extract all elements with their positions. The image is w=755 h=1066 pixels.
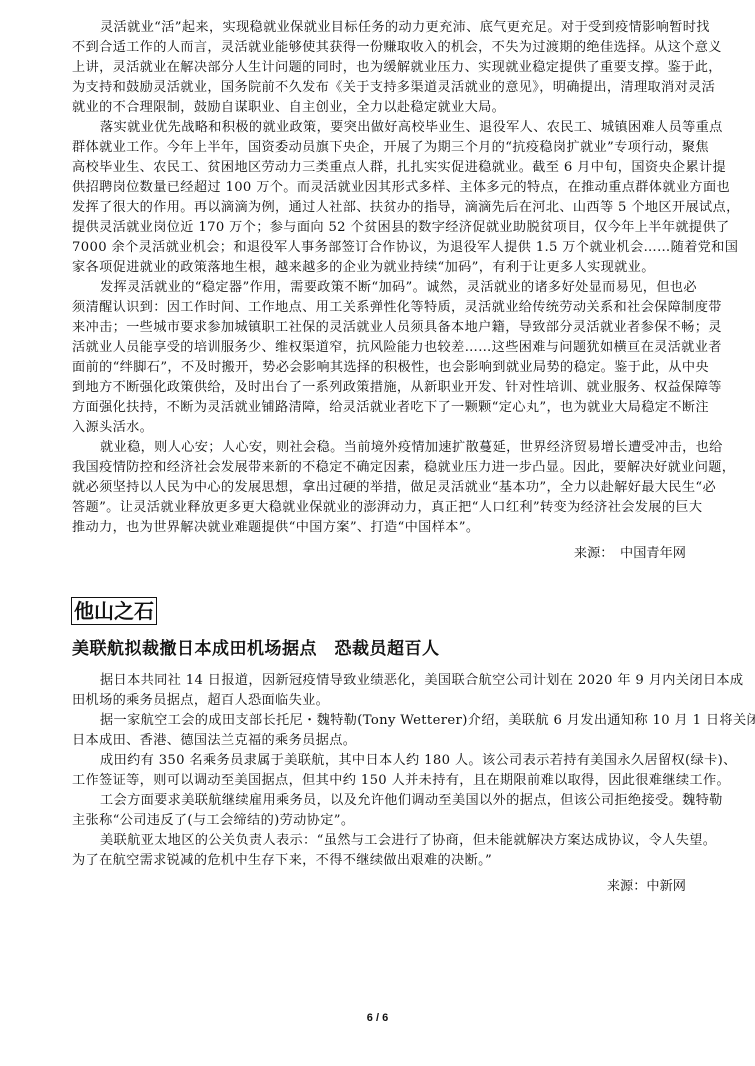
text-line: 落实就业优先战略和积极的就业政策，要突出做好高校毕业生、退役军人、农民工、城镇困… bbox=[72, 118, 690, 138]
text-line: 高校毕业生、农民工、贫困地区劳动力三类重点人群，扎扎实实促进稳就业。截至 6 月… bbox=[72, 158, 690, 178]
section-heading: 他山之石 bbox=[71, 597, 157, 625]
text-line: 答题”。让灵活就业释放更多更大稳就业保就业的澎湃动力，真正把“人口红利”转变为经… bbox=[72, 498, 690, 518]
text-line: 发挥灵活就业的“稳定器”作用，需要政策不断“加码”。诚然，灵活就业的诸多好处显而… bbox=[72, 278, 690, 298]
text-line: 须清醒认识到：因工作时间、工作地点、用工关系弹性化等特质，灵活就业给传统劳动关系… bbox=[72, 298, 690, 318]
article-2-paragraph-3: 成田约有 350 名乘务员隶属于美联航，其中日本人约 180 人。该公司表示若持… bbox=[72, 751, 690, 791]
article-1-paragraph-4: 就业稳，则人心安；人心安，则社会稳。当前境外疫情加速扩散蔓延，世界经济贸易增长遭… bbox=[72, 438, 690, 538]
text-line: 面前的“绊脚石”，不及时搬开，势必会影响其选择的积极性，也会影响到就业局势的稳定… bbox=[72, 358, 690, 378]
text-line: 方面强化扶持，不断为灵活就业铺路清障，给灵活就业者吃下了一颗颗“定心丸”，也为就… bbox=[72, 398, 690, 418]
article-2-paragraph-5: 美联航亚太地区的公关负责人表示：“虽然与工会进行了协商，但未能就解决方案达成协议… bbox=[72, 831, 690, 871]
article-2-title: 美联航拟裁撤日本成田机场据点 恐裁员超百人 bbox=[72, 637, 440, 661]
text-line: 到地方不断强化政策供给，及时出台了一系列政策措施，从新职业开发、针对性培训、就业… bbox=[72, 378, 690, 398]
article-2-paragraph-2: 据一家航空工会的成田支部长托尼・魏特勒(Tony Wetterer)介绍，美联航… bbox=[72, 711, 690, 751]
text-line: 上讲，灵活就业在解决部分人生计问题的同时，也为缓解就业压力、实现就业稳定提供了重… bbox=[72, 58, 690, 78]
text-line: 主张称“公司违反了(与工会缔结的)劳动协定”。 bbox=[72, 811, 690, 831]
text-line: 工会方面要求美联航继续雇用乘务员，以及允许他们调动至美国以外的据点，但该公司拒绝… bbox=[72, 791, 690, 811]
text-line: 据一家航空工会的成田支部长托尼・魏特勒(Tony Wetterer)介绍，美联航… bbox=[72, 711, 690, 731]
article-2-source: 来源：中新网 bbox=[72, 877, 690, 897]
article-1-paragraph-2: 落实就业优先战略和积极的就业政策，要突出做好高校毕业生、退役军人、农民工、城镇困… bbox=[72, 118, 690, 278]
text-line: 就业稳，则人心安；人心安，则社会稳。当前境外疫情加速扩散蔓延，世界经济贸易增长遭… bbox=[72, 438, 690, 458]
text-line: 来冲击；一些城市要求参加城镇职工社保的灵活就业人员须具备本地户籍，导致部分灵活就… bbox=[72, 318, 690, 338]
text-line: 供招聘岗位数量已经超过 100 万个。而灵活就业因其形式多样、主体多元的特点，在… bbox=[72, 178, 690, 198]
article-1-paragraph-1: 灵活就业“活”起来，实现稳就业保就业目标任务的动力更充沛、底气更充足。对于受到疫… bbox=[72, 18, 690, 118]
text-line: 提供灵活就业岗位近 170 万个；参与面向 52 个贫困县的数字经济促就业助脱贫… bbox=[72, 218, 690, 238]
text-line: 7000 余个灵活就业机会；和退役军人事务部签订合作协议，为退役军人提供 1.5… bbox=[72, 238, 690, 258]
article-2-paragraph-1: 据日本共同社 14 日报道，因新冠疫情导致业绩恶化，美国联合航空公司计划在 20… bbox=[72, 671, 690, 711]
text-line: 活就业人员能享受的培训服务少、维权渠道窄，抗风险能力也较差……这些困难与问题犹如… bbox=[72, 338, 690, 358]
article-1: 灵活就业“活”起来，实现稳就业保就业目标任务的动力更充沛、底气更充足。对于受到疫… bbox=[72, 18, 690, 564]
text-line: 不到合适工作的人而言，灵活就业能够使其获得一份赚取收入的机会，不失为过渡期的绝佳… bbox=[72, 38, 690, 58]
text-line: 为支持和鼓励灵活就业，国务院前不久发布《关于支持多渠道灵活就业的意见》，明确提出… bbox=[72, 78, 690, 98]
article-2-paragraph-4: 工会方面要求美联航继续雇用乘务员，以及允许他们调动至美国以外的据点，但该公司拒绝… bbox=[72, 791, 690, 831]
text-line: 成田约有 350 名乘务员隶属于美联航，其中日本人约 180 人。该公司表示若持… bbox=[72, 751, 690, 771]
text-line: 工作签证等，则可以调动至美国据点，但其中约 150 人并未持有，且在期限前难以取… bbox=[72, 771, 690, 791]
text-line: 推动力，也为世界解决就业难题提供“中国方案”、打造“中国样本”。 bbox=[72, 518, 690, 538]
text-line: 群体就业工作。今年上半年，国资委动员旗下央企，开展了为期三个月的“抗疫稳岗扩就业… bbox=[72, 138, 690, 158]
text-line: 入源头活水。 bbox=[72, 418, 690, 438]
text-line: 发挥了很大的作用。再以滴滴为例，通过人社部、扶贫办的指导，滴滴先后在河北、山西等… bbox=[72, 198, 690, 218]
page-number: 6 / 6 bbox=[0, 1012, 755, 1024]
text-line: 美联航亚太地区的公关负责人表示：“虽然与工会进行了协商，但未能就解决方案达成协议… bbox=[72, 831, 690, 851]
article-2: 据日本共同社 14 日报道，因新冠疫情导致业绩恶化，美国联合航空公司计划在 20… bbox=[72, 671, 690, 897]
text-line: 家各项促进就业的政策落地生根，越来越多的企业为就业持续“加码”，有利于让更多人实… bbox=[72, 258, 690, 278]
text-line: 日本成田、香港、德国法兰克福的乘务员据点。 bbox=[72, 731, 690, 751]
text-line: 为了在航空需求锐减的危机中生存下来，不得不继续做出艰难的决断。” bbox=[72, 851, 690, 871]
article-1-source: 来源： 中国青年网 bbox=[72, 544, 690, 564]
text-line: 据日本共同社 14 日报道，因新冠疫情导致业绩恶化，美国联合航空公司计划在 20… bbox=[72, 671, 690, 691]
text-line: 就必须坚持以人民为中心的发展思想，拿出过硬的举措，做足灵活就业“基本功”，全力以… bbox=[72, 478, 690, 498]
text-line: 田机场的乘务员据点，超百人恐面临失业。 bbox=[72, 691, 690, 711]
text-line: 就业的不合理限制，鼓励自谋职业、自主创业，全力以赴稳定就业大局。 bbox=[72, 98, 690, 118]
article-1-paragraph-3: 发挥灵活就业的“稳定器”作用，需要政策不断“加码”。诚然，灵活就业的诸多好处显而… bbox=[72, 278, 690, 438]
text-line: 我国疫情防控和经济社会发展带来新的不稳定不确定因素，稳就业压力进一步凸显。因此，… bbox=[72, 458, 690, 478]
text-line: 灵活就业“活”起来，实现稳就业保就业目标任务的动力更充沛、底气更充足。对于受到疫… bbox=[72, 18, 690, 38]
